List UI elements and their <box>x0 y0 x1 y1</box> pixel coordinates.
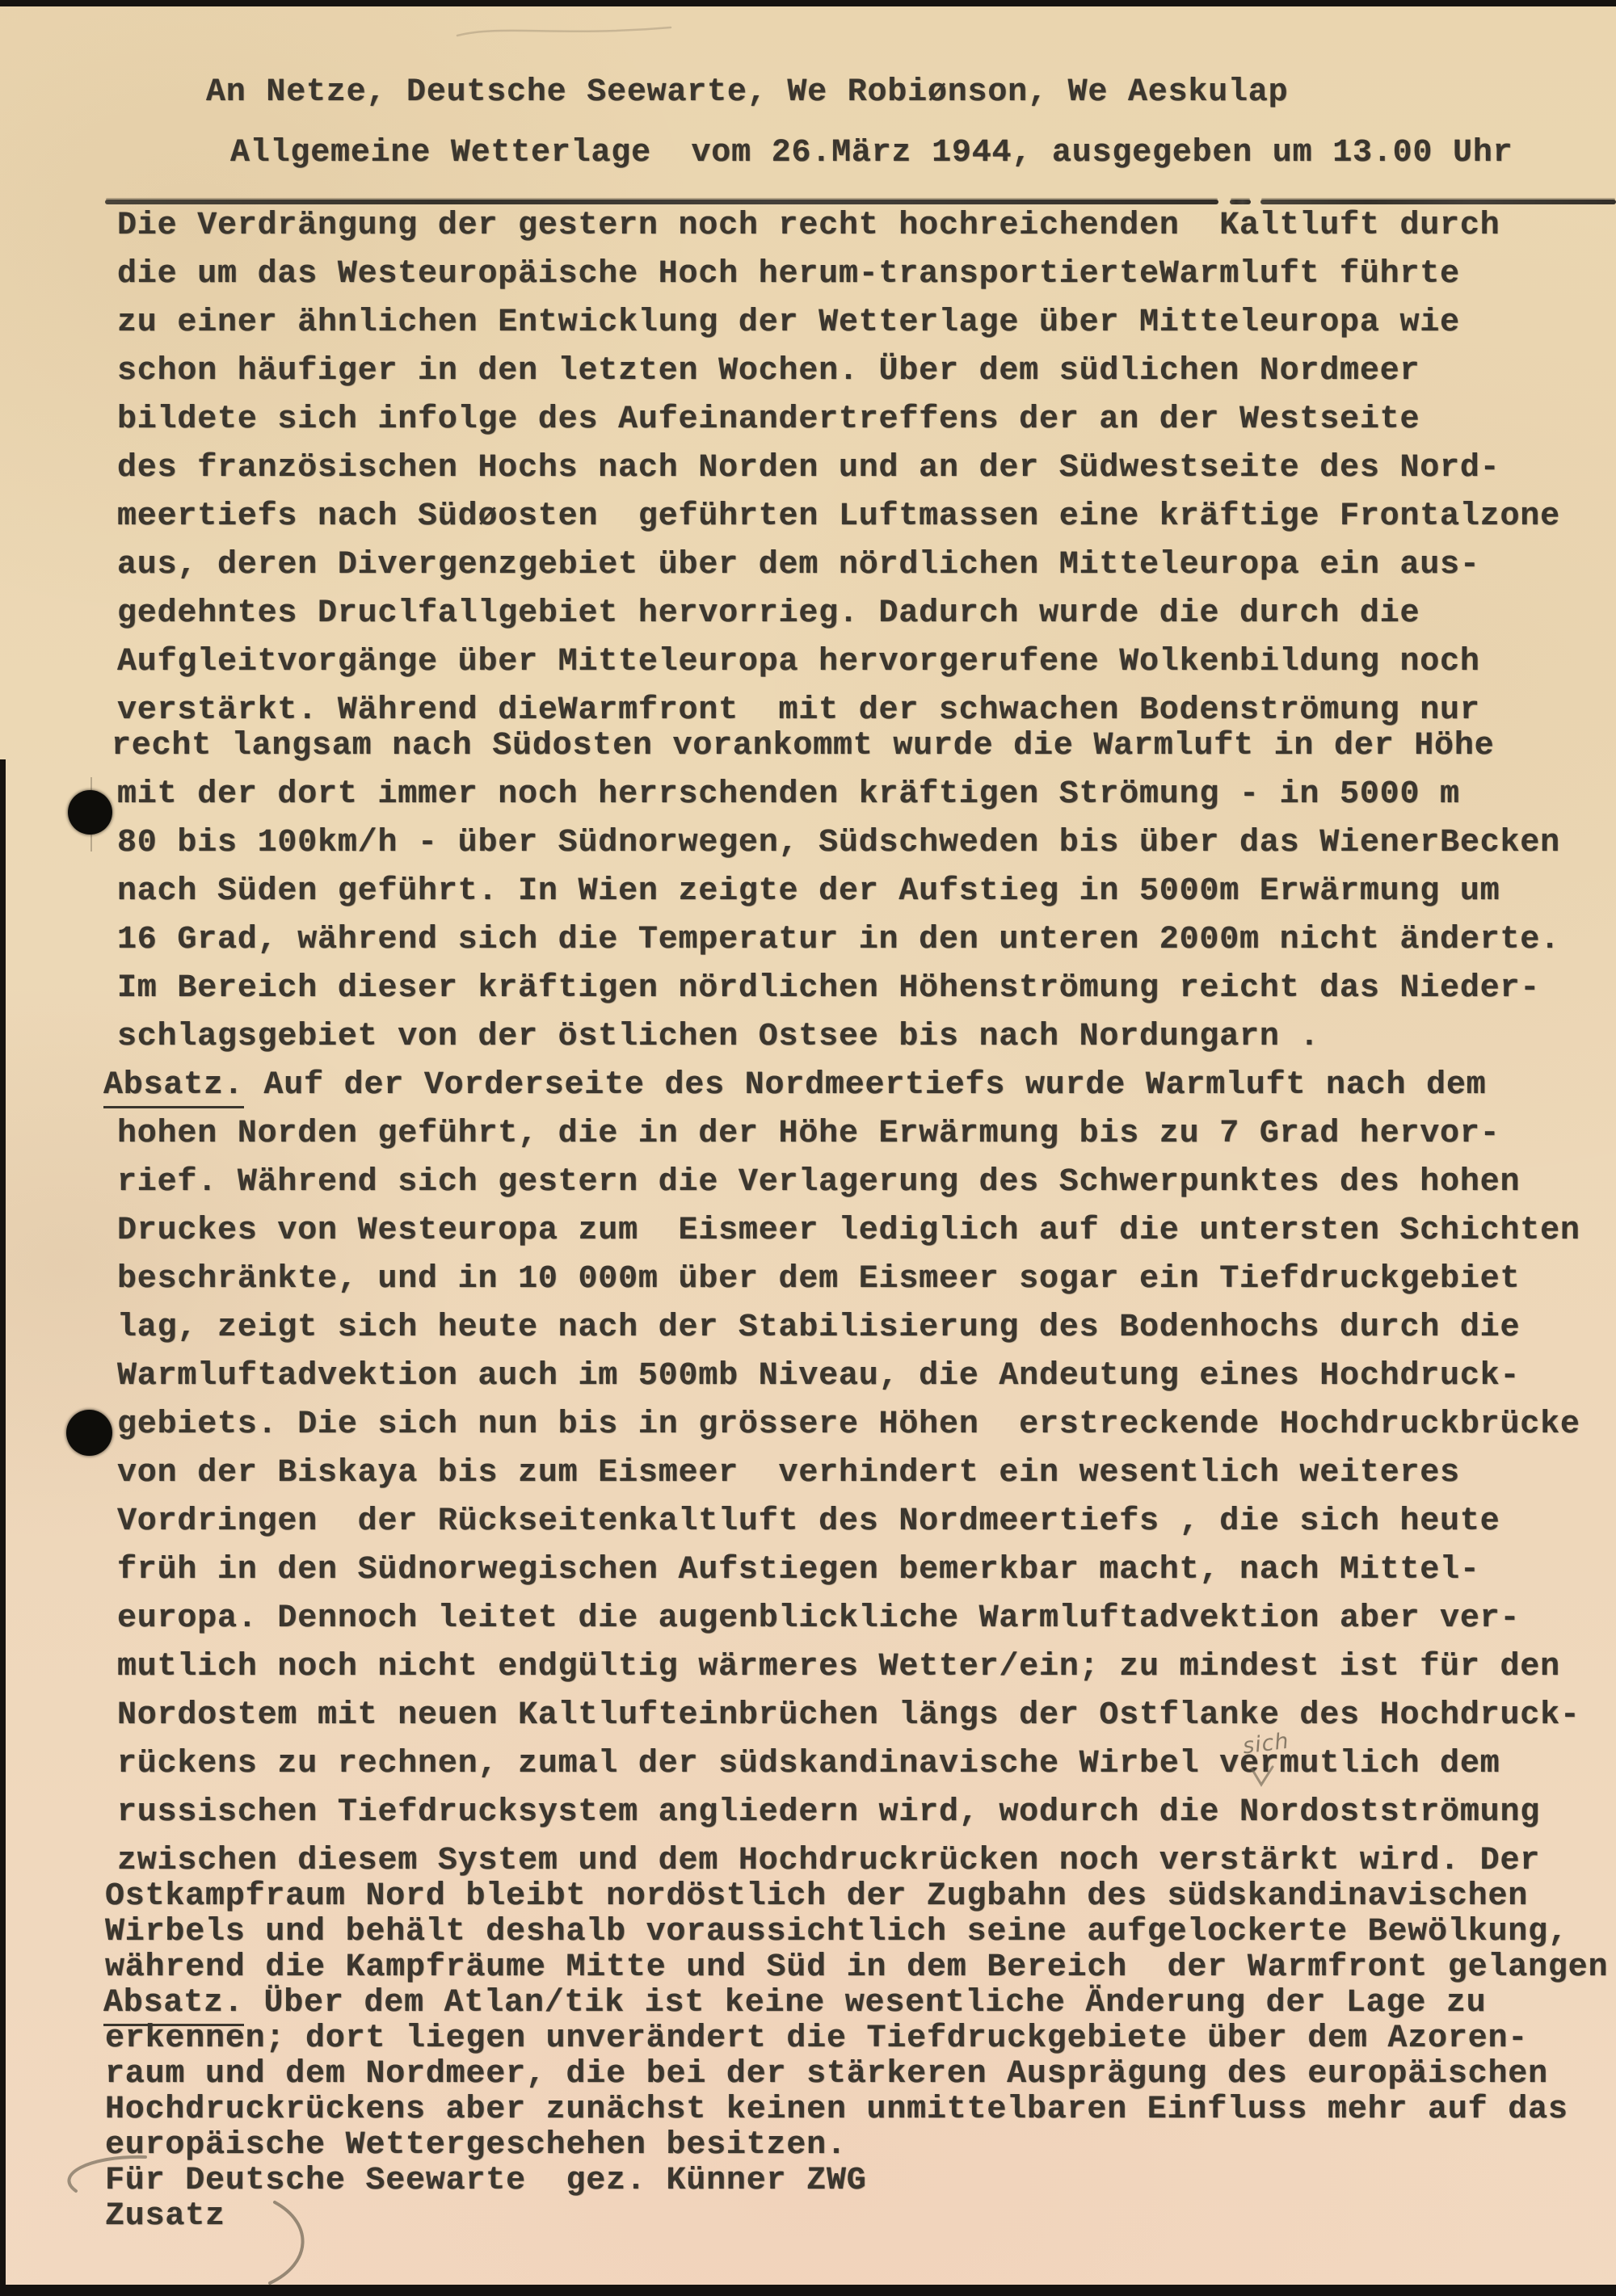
typed-line: von der Biskaya bis zum Eismeer verhinde… <box>0 1448 1616 1496</box>
pencil-mark-icon <box>32 2141 339 2296</box>
typed-line: schlagsgebiet von der östlichen Ostsee b… <box>0 1011 1616 1060</box>
report-title-line: Allgemeine Wetterlage vom 26.März 1944, … <box>230 135 1513 171</box>
typed-line: die um das Westeuropäische Hoch herum-tr… <box>0 249 1616 297</box>
typed-line: beschränkte, und in 10 000m über dem Eis… <box>0 1254 1616 1302</box>
typed-line: Warmluftadvektion auch im 500mb Niveau, … <box>0 1351 1616 1399</box>
typed-line: 16 Grad, während sich die Temperatur in … <box>0 915 1616 963</box>
typed-line: rief. Während sich gestern die Verlageru… <box>0 1157 1616 1205</box>
scan-edge-bottom <box>0 2285 1616 2296</box>
typed-line: des französischen Hochs nach Norden und … <box>0 443 1616 491</box>
typed-line: nach Süden geführt. In Wien zeigte der A… <box>0 866 1616 915</box>
typed-content: An Netze, Deutsche Seewarte, We Robiønso… <box>0 0 1616 2296</box>
typed-line: lag, zeigt sich heute nach der Stabilisi… <box>0 1302 1616 1351</box>
typed-line: zwischen diesem System und dem Hochdruck… <box>0 1836 1616 1884</box>
caret-mark-icon <box>1248 1765 1281 1789</box>
typed-line: recht langsam nach Südosten vorankommt w… <box>0 721 1616 769</box>
typed-line: 80 bis 100km/h - über Südnorwegen, Südsc… <box>0 818 1616 866</box>
recipients-line: An Netze, Deutsche Seewarte, We Robiønso… <box>206 74 1288 111</box>
typed-line: aus, deren Divergenzgebiet über dem nörd… <box>0 540 1616 588</box>
typed-line: Im Bereich dieser kräftigen nördlichen H… <box>0 963 1616 1011</box>
typed-line: rückens zu rechnen, zumal der südskandin… <box>0 1739 1616 1787</box>
typed-line: bildete sich infolge des Aufeinandertref… <box>0 394 1616 443</box>
typed-line: hohen Norden geführt, die in der Höhe Er… <box>0 1108 1616 1157</box>
typed-line: gebiets. Die sich nun bis in grössere Hö… <box>0 1399 1616 1448</box>
scanned-document-page: { "document": { "recipients": "An Netze,… <box>0 0 1616 2296</box>
typed-body: Die Verdrängung der gestern noch recht h… <box>0 200 1616 2227</box>
typed-line: Nordostem mit neuen Kaltlufteinbrüchen l… <box>0 1690 1616 1739</box>
hole-punch <box>66 1410 112 1456</box>
typed-line: Vordringen der Rückseitenkaltluft des No… <box>0 1496 1616 1545</box>
typed-line: verstärkt. Während dieWarmfront mit der … <box>0 685 1616 734</box>
hole-punch <box>68 790 112 835</box>
typed-line: Die Verdrängung der gestern noch recht h… <box>0 200 1616 249</box>
typed-line: früh in den Südnorwegischen Aufstiegen b… <box>0 1545 1616 1593</box>
typed-line: Aufgleitvorgänge über Mitteleuropa hervo… <box>0 637 1616 685</box>
scan-edge-left <box>0 759 6 2296</box>
underlined-word: Absatz. <box>103 1067 244 1108</box>
typed-line: europa. Dennoch leitet die augenblicklic… <box>0 1593 1616 1642</box>
scan-edge-top <box>0 0 1616 6</box>
typed-line: Druckes von Westeuropa zum Eismeer ledig… <box>0 1205 1616 1254</box>
typed-line: mit der dort immer noch herrschenden krä… <box>0 769 1616 818</box>
typed-line: russischen Tiefdrucksystem angliedern wi… <box>0 1787 1616 1836</box>
typed-line: Absatz. Auf der Vorderseite des Nordmeer… <box>0 1060 1616 1108</box>
typed-line: gedehntes Druclfallgebiet hervorrieg. Da… <box>0 588 1616 637</box>
typed-line: mutlich noch nicht endgültig wärmeres We… <box>0 1642 1616 1690</box>
typed-line: schon häufiger in den letzten Wochen. Üb… <box>0 346 1616 394</box>
typed-line: zu einer ähnlichen Entwicklung der Wette… <box>0 297 1616 346</box>
pencil-smudge-icon <box>452 19 679 47</box>
typed-line: meertiefs nach Südøosten geführten Luftm… <box>0 491 1616 540</box>
